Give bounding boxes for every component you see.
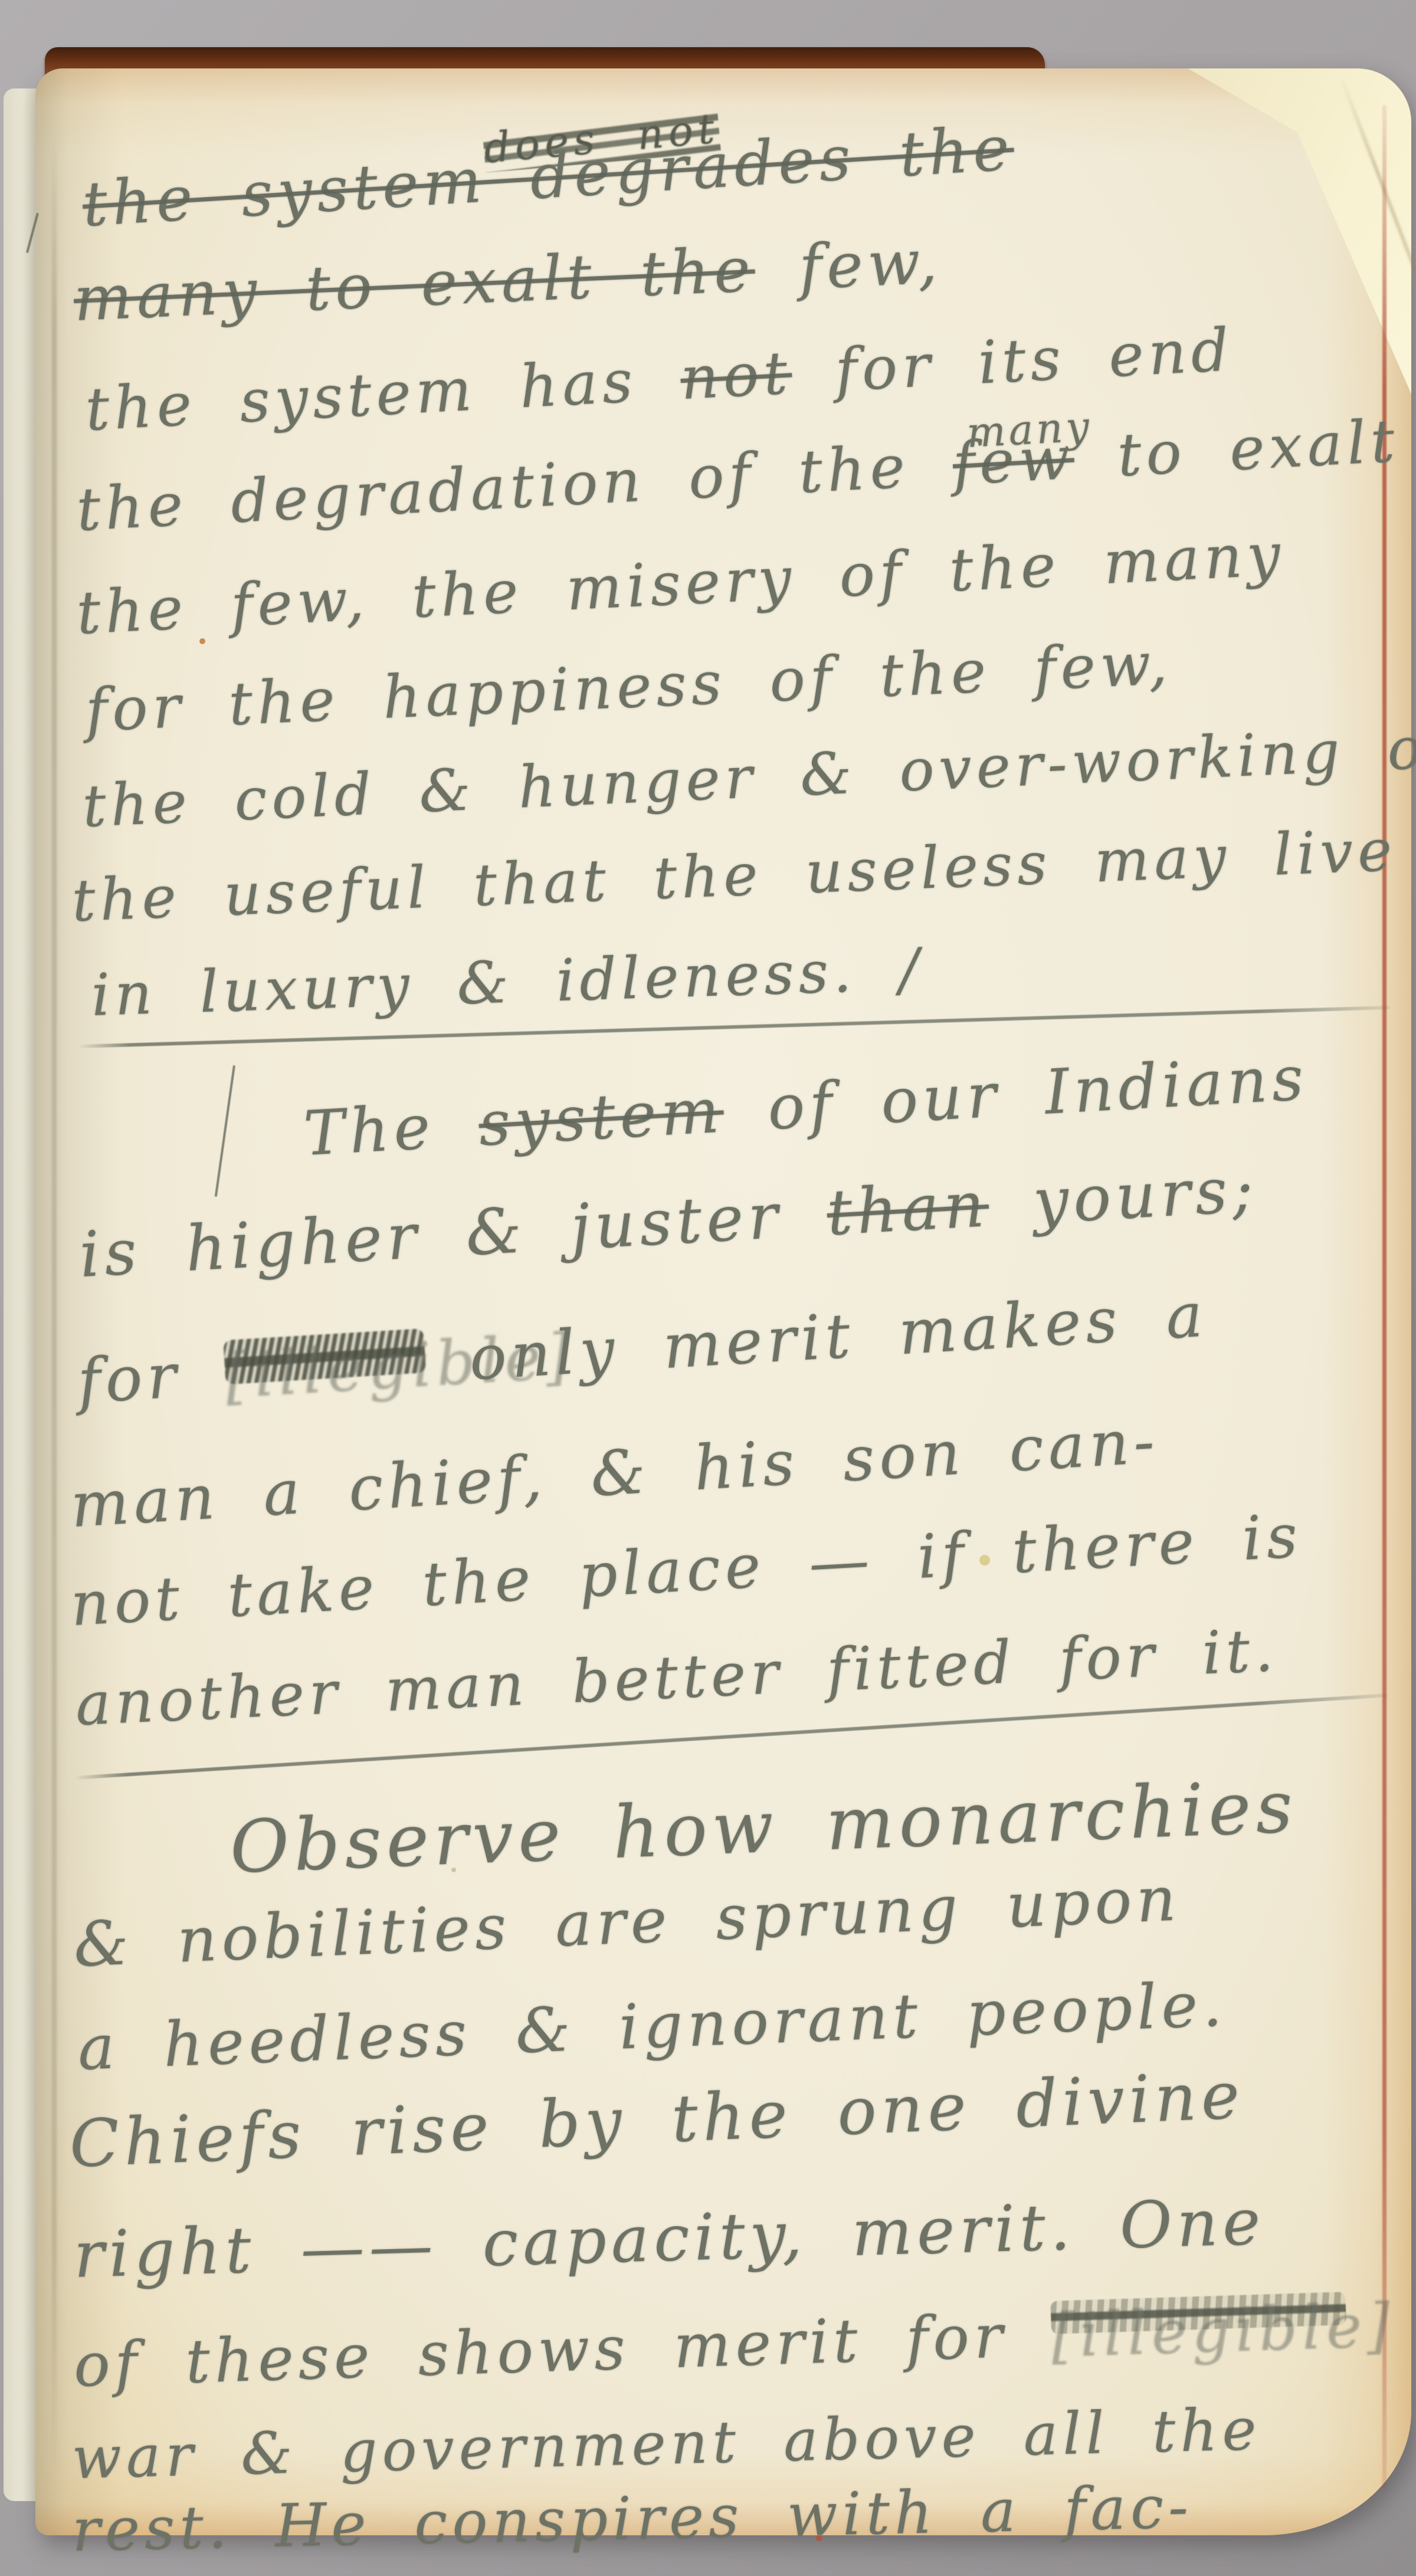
handwriting-layer: does notthe system degrades themany to e…	[35, 68, 1411, 2535]
manuscript-segment: the degradation of the	[75, 429, 955, 544]
manuscript-segment: right —— capacity, merit. One	[73, 2186, 1266, 2292]
manuscript-segment: of our Indians	[722, 1042, 1310, 1146]
manuscript-segment: for the happiness of the few,	[84, 629, 1173, 745]
manuscript-segment: many to exalt the	[72, 234, 756, 335]
manuscript-line: in luxury & idleness. /	[90, 936, 925, 1029]
manuscript-line: for the happiness of the few,	[84, 629, 1173, 745]
manuscript-segment: for its end	[790, 315, 1235, 407]
manuscript-segment: The	[302, 1088, 481, 1170]
manuscript-segment: the few, the misery of the many	[75, 520, 1286, 648]
manuscript-segment: in luxury & idleness. /	[90, 936, 925, 1029]
paper-speck	[979, 1555, 990, 1566]
manuscript-line: right —— capacity, merit. One	[73, 2186, 1266, 2292]
underlying-page-edge	[4, 88, 38, 2501]
manuscript-segment: of these shows merit for	[73, 2300, 1052, 2401]
photo-background: does notthe system degrades themany to e…	[0, 0, 1416, 2576]
manuscript-line: The system of our Indians	[302, 1042, 1310, 1170]
paragraph-slash	[215, 1065, 235, 1197]
manuscript-segment: the system has	[84, 344, 683, 444]
manuscript-line: the useful that the useless may live	[71, 817, 1398, 935]
manuscript-line: many to exalt the few,	[72, 225, 943, 335]
manuscript-line: of these shows merit for [illegible]	[73, 2290, 1347, 2401]
manuscript-segment: [illegible]	[1050, 2292, 1346, 2334]
paper-speck	[199, 638, 205, 644]
manuscript-line: another man better fitted for it.	[74, 1616, 1279, 1739]
manuscript-segment: [illegible]	[223, 1328, 426, 1384]
paper-speck	[816, 2535, 822, 2541]
manuscript-segment: to exalt	[1072, 406, 1401, 493]
manuscript-segment: another man better fitted for it.	[74, 1616, 1279, 1739]
manuscript-line: the few, the misery of the many	[75, 520, 1286, 648]
manuscript-segment: than	[825, 1168, 991, 1249]
manuscript-line: for [illegible] only merit makes a	[76, 1278, 1209, 1417]
manuscript-segment: the useful that the useless may live	[71, 817, 1398, 935]
manuscript-segment: system	[477, 1074, 726, 1160]
manuscript-segment: for	[76, 1337, 227, 1417]
manuscript-segment: not	[678, 338, 794, 413]
paper-speck	[451, 1868, 456, 1872]
manuscript-segment: is higher & juster	[78, 1177, 830, 1291]
manuscript-line: is higher & juster than yours;	[78, 1153, 1260, 1291]
manuscript-segment: few,	[753, 225, 943, 306]
notebook-page: does notthe system degrades themany to e…	[35, 68, 1411, 2535]
manuscript-segment: yours;	[986, 1153, 1260, 1240]
